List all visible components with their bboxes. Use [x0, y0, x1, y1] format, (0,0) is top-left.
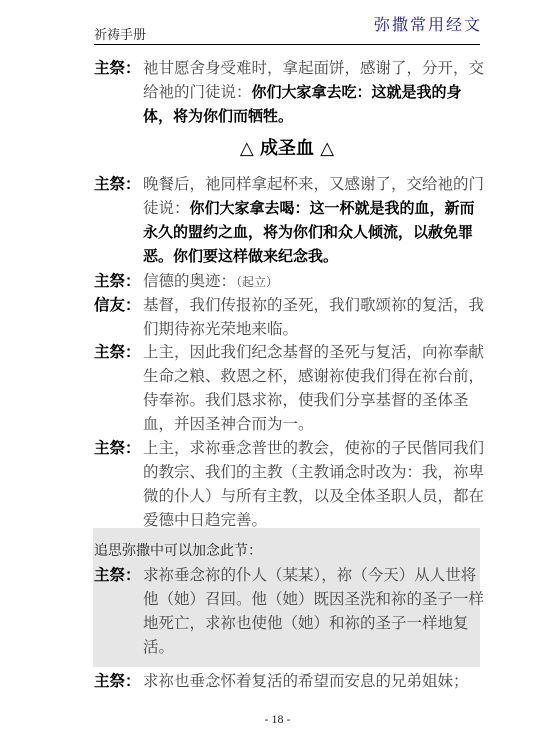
- section-heading: △ 成圣血 △: [94, 134, 480, 160]
- paragraph-text: 上主，因此我们纪念基督的圣死与复活，向祢奉献生命之粮、救恩之杯，感谢祢使我们得在…: [143, 343, 484, 433]
- insert-box-title: 追思弥撒中可以加念此节：: [94, 540, 262, 560]
- paragraph-funeral-insert: 主祭： 求祢垂念祢的仆人（某某），祢（今天）从人世将他（她）召回。他（她）既因圣…: [94, 563, 484, 659]
- speaker-label: 主祭：: [94, 340, 141, 364]
- paragraph-mystery-of-faith: 主祭： 信德的奥迹：（起立）: [94, 269, 484, 294]
- speaker-label: 信友：: [94, 293, 141, 317]
- speaker-label: 主祭：: [94, 563, 141, 587]
- words-of-institution: 你们大家拿去喝：这一杯就是我的血，新而永久的盟约之血，将为你们和众人倾流，以赦免…: [143, 199, 475, 265]
- page-number: - 18 -: [0, 712, 555, 727]
- speaker-label: 主祭：: [94, 56, 141, 80]
- speaker-label: 主祭：: [94, 436, 141, 460]
- paragraph-intercession-departed: 主祭： 求祢也垂念怀着复活的希望而安息的兄弟姐妹；: [94, 669, 484, 693]
- paragraph-text: 求祢垂念祢的仆人（某某），祢（今天）从人世将他（她）召回。他（她）既因圣洗和祢的…: [143, 566, 484, 656]
- rubric-note: （起立）: [236, 275, 278, 289]
- paragraph-intercession-church: 主祭： 上主，求祢垂念普世的教会，使祢的子民偕同我们的教宗、我们的主教（主教诵念…: [94, 436, 484, 532]
- paragraph-faithful-response: 信友： 基督，我们传报祢的圣死，我们歌颂祢的复活，我们期待祢光荣地来临。: [94, 293, 484, 341]
- header-divider: [94, 44, 480, 45]
- paragraph-anamnesis: 主祭： 上主，因此我们纪念基督的圣死与复活，向祢奉献生命之粮、救恩之杯，感谢祢使…: [94, 340, 484, 436]
- paragraph-text: 基督，我们传报祢的圣死，我们歌颂祢的复活，我们期待祢光荣地来临。: [143, 296, 484, 338]
- paragraph-text: 求祢也垂念怀着复活的希望而安息的兄弟姐妹；: [143, 672, 469, 690]
- paragraph-consecration-wine: 主祭： 晚餐后，祂同样拿起杯来，又感谢了，交给祂的门徒说：你们大家拿去喝：这一杯…: [94, 172, 484, 268]
- header-section-title: 弥撒常用经文: [374, 12, 482, 35]
- speaker-label: 主祭：: [94, 269, 141, 293]
- paragraph-consecration-bread: 主祭： 祂甘愿舍身受难时，拿起面饼，感谢了，分开，交给祂的门徒说：你们大家拿去吃…: [94, 56, 484, 128]
- document-page: 祈祷手册 弥撒常用经文 主祭： 祂甘愿舍身受难时，拿起面饼，感谢了，分开，交给祂…: [0, 0, 555, 743]
- header-book-title: 祈祷手册: [94, 24, 146, 43]
- speaker-label: 主祭：: [94, 172, 141, 196]
- paragraph-text: 信德的奥迹：: [143, 272, 236, 290]
- speaker-label: 主祭：: [94, 669, 141, 693]
- paragraph-text: 上主，求祢垂念普世的教会，使祢的子民偕同我们的教宗、我们的主教（主教诵念时改为：…: [143, 439, 484, 529]
